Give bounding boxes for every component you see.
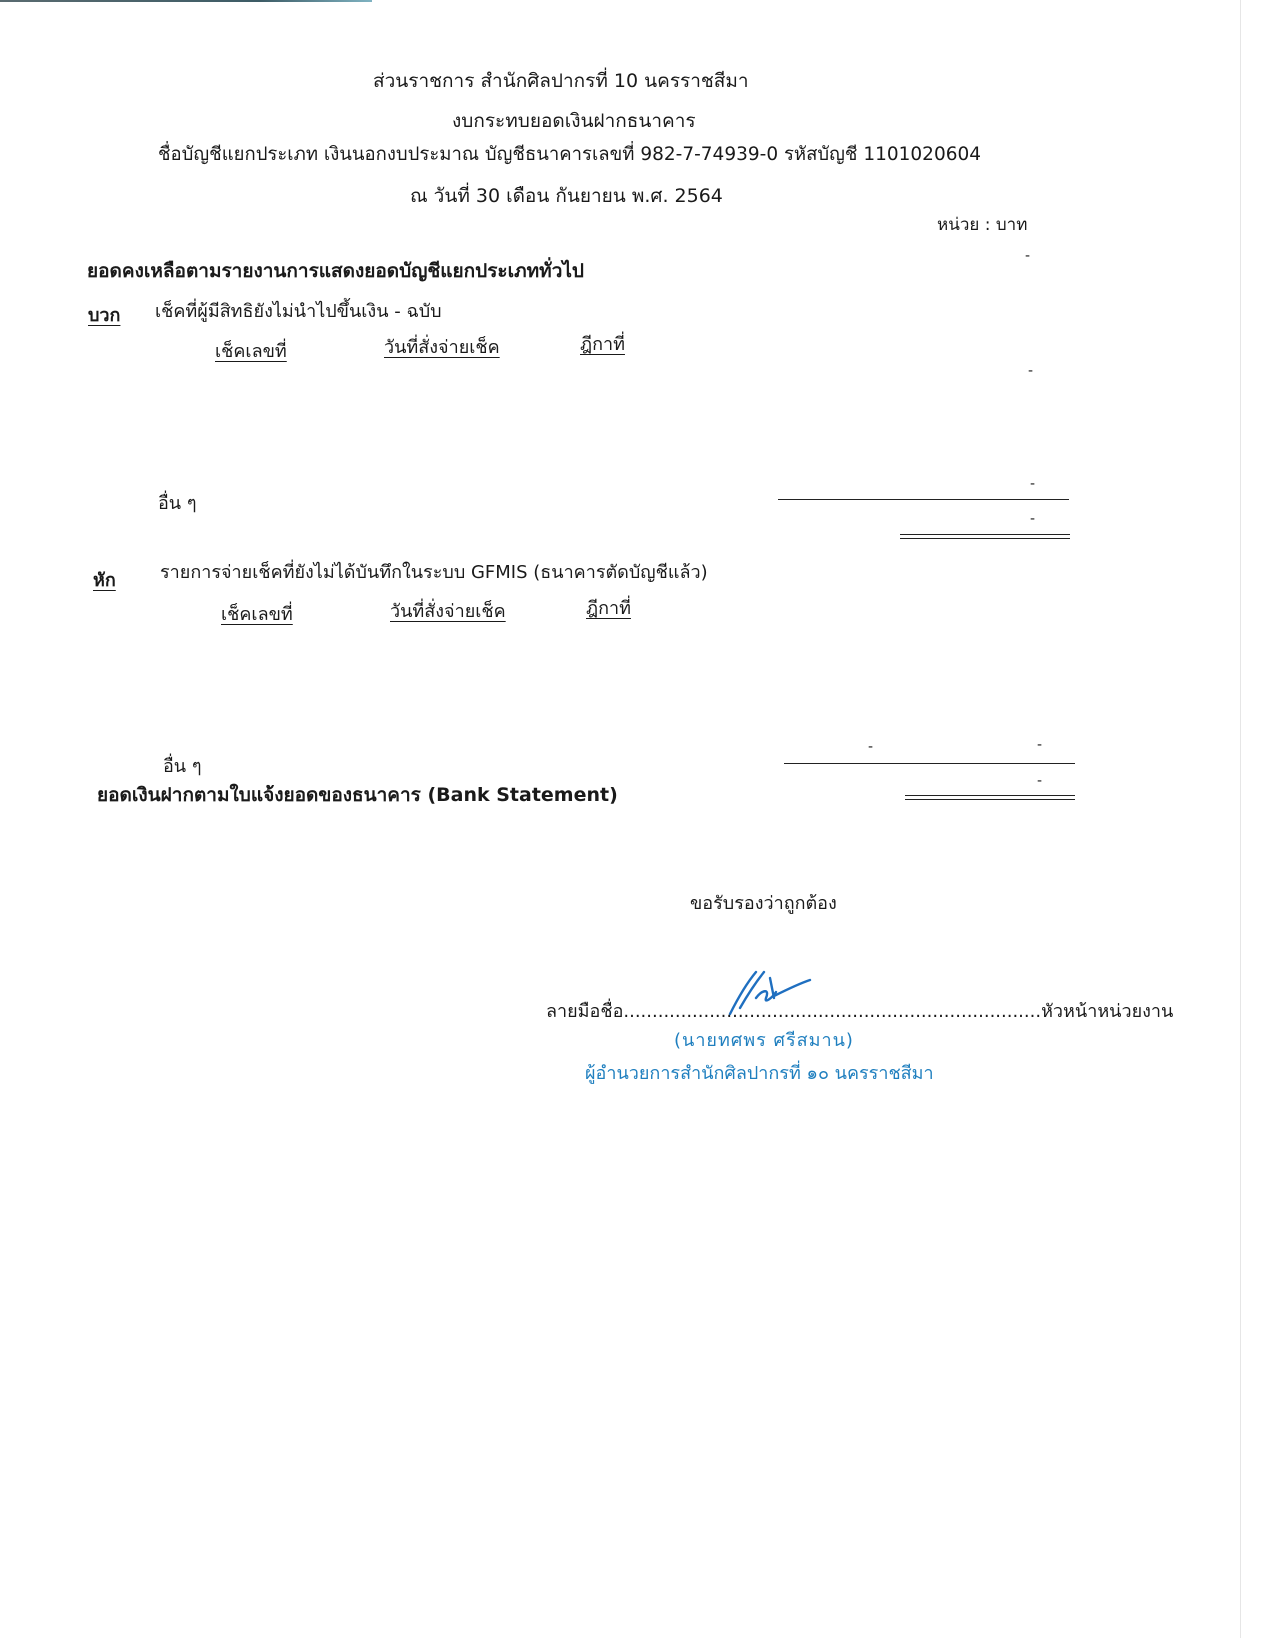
deduct-prefix: หัก xyxy=(93,565,116,594)
unit-label: หน่วย : บาท xyxy=(937,211,1027,238)
add-subtotal: - xyxy=(1030,511,1035,527)
ledger-balance-label: ยอดคงเหลือตามรายงานการแสดงยอดบัญชีแยกประ… xyxy=(87,256,584,286)
scan-right-edge xyxy=(1240,0,1241,1638)
document-title: งบกระทบยอดเงินฝากธนาคาร xyxy=(452,106,696,136)
certification-text: ขอรับรองว่าถูกต้อง xyxy=(690,888,837,917)
deduct-other-value: - xyxy=(1037,737,1042,753)
org-title: ส่วนราชการ สำนักศิลปากรที่ 10 นครราชสีมา xyxy=(373,66,749,96)
deduct-sum-line xyxy=(784,763,1075,764)
signer-name: (นายทศพร ศรีสมาน) xyxy=(674,1025,854,1054)
deduct-col-voucher-no: ฎีกาที่ xyxy=(586,593,631,622)
signer-position: ผู้อำนวยการสำนักศิลปากรที่ ๑๐ นครราชสีมา xyxy=(585,1058,934,1087)
add-prefix: บวก xyxy=(88,300,120,329)
deduct-other-value-mid: - xyxy=(868,739,873,755)
deduct-col-check-no: เช็คเลขที่ xyxy=(221,599,293,628)
deduct-col-check-date: วันที่สั่งจ่ายเช็ค xyxy=(390,596,506,625)
ledger-balance-value: - xyxy=(1025,248,1030,264)
signature-line: ลายมือชื่อ..............................… xyxy=(546,996,1173,1025)
bank-statement-value: - xyxy=(1037,773,1042,789)
account-line: ชื่อบัญชีแยกประเภท เงินนอกงบประมาณ บัญชี… xyxy=(158,140,981,169)
add-subtotal-double-line xyxy=(900,534,1070,539)
scan-top-edge xyxy=(0,0,372,2)
add-col-voucher-no: ฎีกาที่ xyxy=(580,329,625,358)
add-col-check-no: เช็คเลขที่ xyxy=(215,336,287,365)
add-other-label: อื่น ๆ xyxy=(158,488,197,517)
add-description: เช็คที่ผู้มีสิทธิยังไม่นำไปขึ้นเงิน - ฉบ… xyxy=(155,296,442,325)
bank-statement-double-line xyxy=(905,795,1075,800)
add-sum-line xyxy=(778,499,1069,500)
date-line: ณ วันที่ 30 เดือน กันยายน พ.ศ. 2564 xyxy=(410,181,723,211)
add-check-total: - xyxy=(1028,363,1033,379)
add-col-check-date: วันที่สั่งจ่ายเช็ค xyxy=(384,332,500,361)
add-other-value: - xyxy=(1030,476,1035,492)
deduct-description: รายการจ่ายเช็คที่ยังไม่ได้บันทึกในระบบ G… xyxy=(160,557,708,586)
deduct-other-label: อื่น ๆ xyxy=(163,751,202,780)
bank-statement-label: ยอดเงินฝากตามใบแจ้งยอดของธนาคาร (Bank St… xyxy=(97,780,618,810)
